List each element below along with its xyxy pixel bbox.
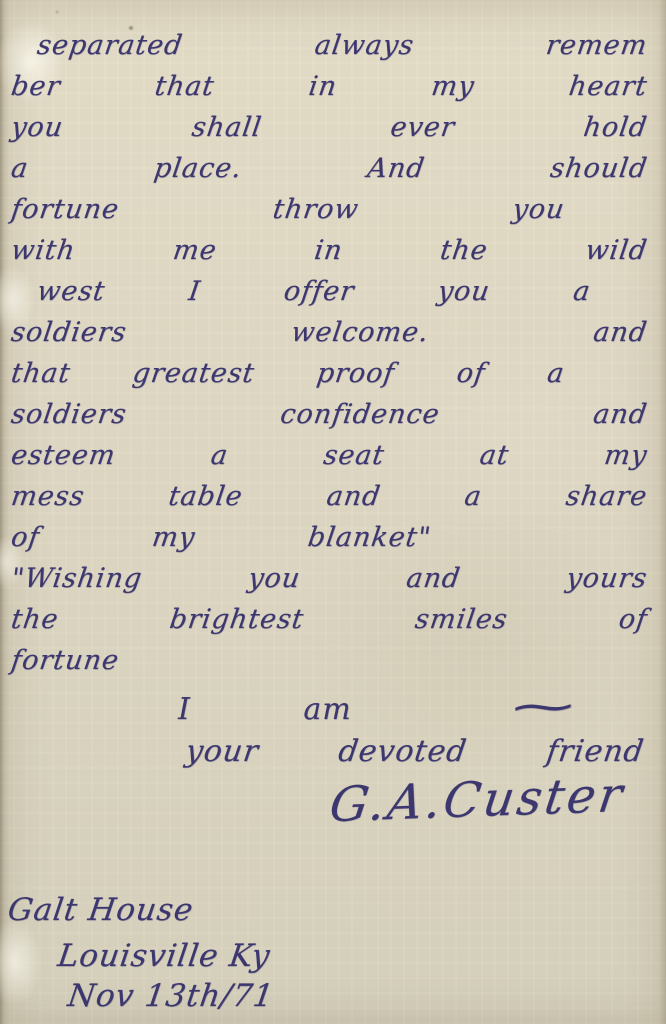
signature-ga-custer: G.A.Custer [326, 767, 628, 834]
closing-devoted-friend: yourdevotedfriend [184, 734, 647, 769]
footer-city: Louisville Ky [55, 938, 272, 974]
letter-line-8: soldierswelcome.and [9, 307, 651, 348]
letter-line-4: aplace.Andshould [9, 143, 651, 184]
letter-line-2: berthatinmyheart [9, 61, 651, 102]
footer-date: Nov 13th/71 [65, 978, 276, 1014]
letter-line-1: separatedalwaysremem [9, 20, 651, 61]
letter-line-15: thebrightestsmilesof [9, 594, 651, 635]
letter-line-7: westIofferyoua [9, 266, 594, 307]
letter-line-16: fortune [9, 635, 651, 676]
letter-line-14: "Wishingyouandyours [9, 553, 651, 594]
letter-line-3: youshalleverhold [9, 102, 651, 143]
closing-i-am: I am [178, 692, 352, 727]
pen-flourish: ~ [506, 684, 582, 730]
letter-line-5: fortunethrowyou [9, 184, 568, 225]
footer-hotel: Galt House [5, 892, 195, 928]
letter-line-13: ofmyblanket" [9, 512, 435, 553]
letter-line-11: esteemaseatatmy [9, 430, 651, 471]
letter-line-12: messtableandashare [9, 471, 651, 512]
letter-body: separatedalwaysremem berthatinmyheart yo… [12, 20, 648, 676]
letter-line-9: thatgreatestproofofa [9, 348, 568, 389]
letter-line-6: withmeinthewild [9, 225, 651, 266]
letter-line-10: soldiersconfidenceand [9, 389, 651, 430]
handwritten-letter-page: separatedalwaysremem berthatinmyheart yo… [0, 0, 666, 1024]
